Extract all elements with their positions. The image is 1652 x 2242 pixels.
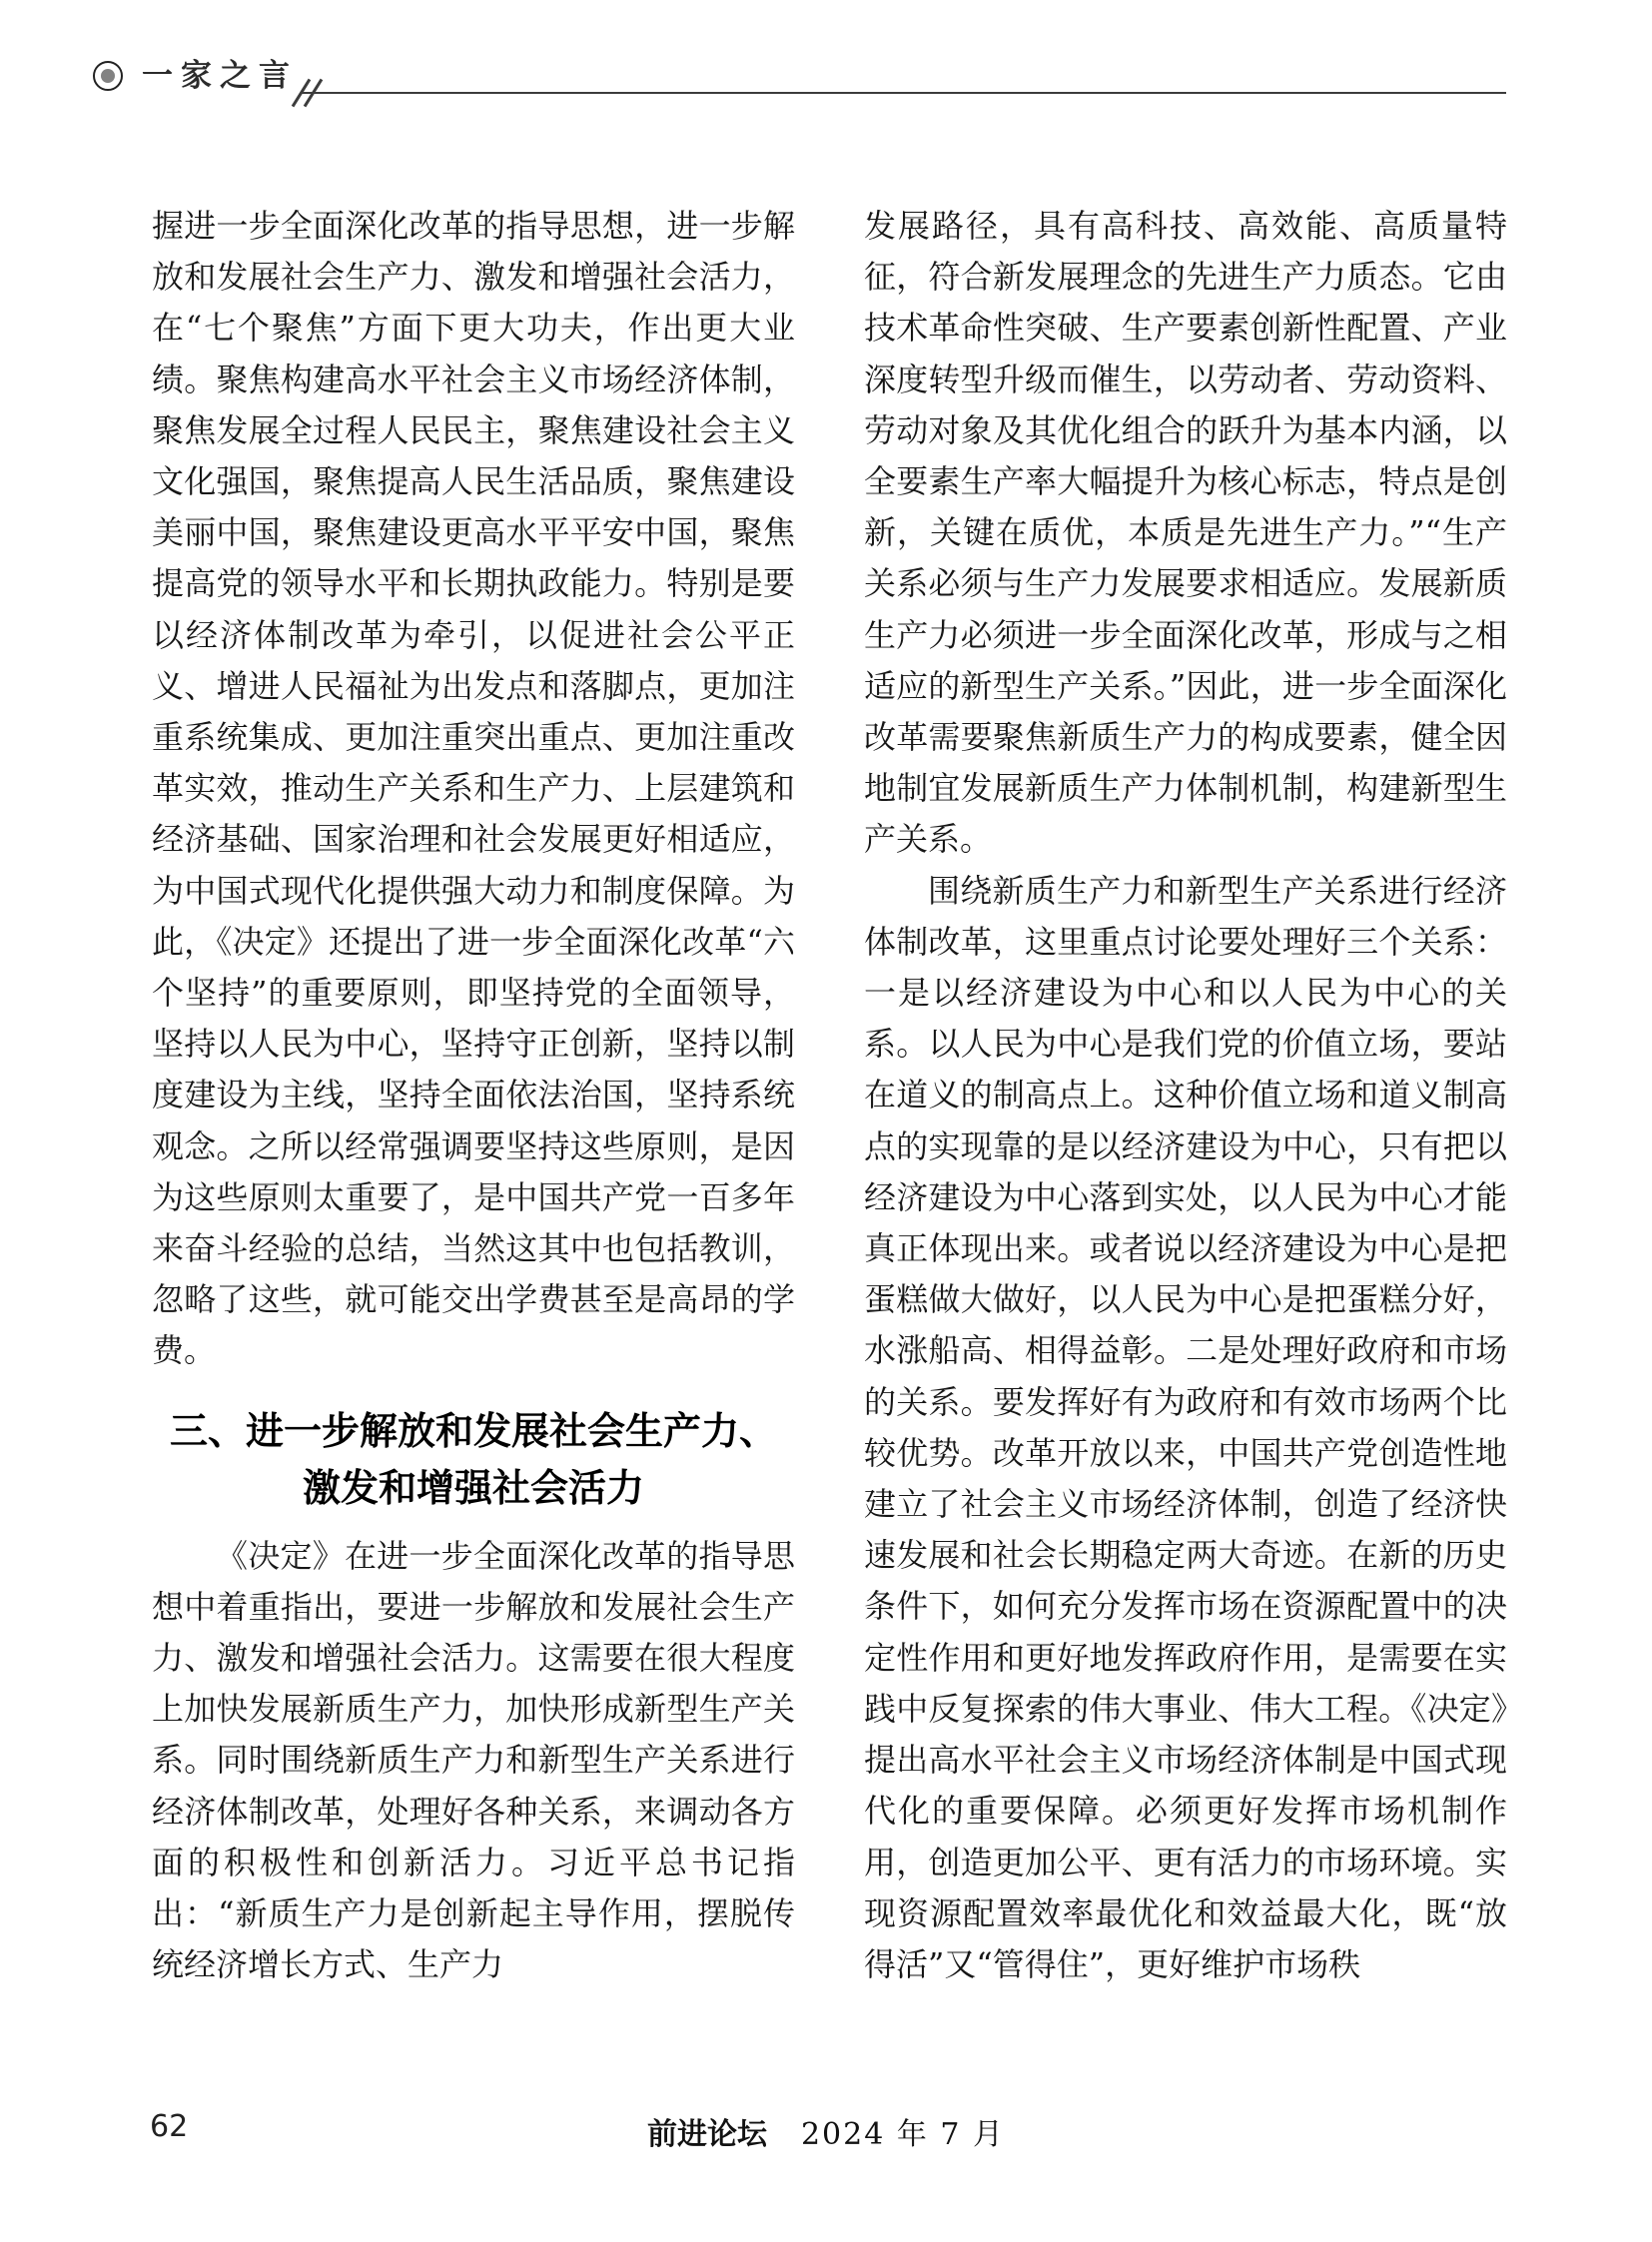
section-heading: 三、进一步解放和发展社会生产力、 激发和增强社会活力 bbox=[152, 1403, 795, 1517]
bullseye-dot bbox=[101, 69, 115, 83]
page-footer: 62 前进论坛2024 年 7 月 bbox=[0, 2105, 1652, 2165]
right-paragraph-1: 发展路径，具有高科技、高效能、高质量特征，符合新发展理念的先进生产力质态。它由技… bbox=[864, 201, 1507, 866]
right-paragraph-2: 围绕新质生产力和新型生产关系进行经济体制改革，这里重点讨论要处理好三个关系：一是… bbox=[864, 866, 1507, 1990]
page-header: 一家之言 bbox=[0, 0, 1652, 130]
issue-date: 2024 年 7 月 bbox=[801, 2117, 1005, 2152]
left-paragraph-1: 握进一步全面深化改革的指导思想，进一步解放和发展社会生产力、激发和增强社会活力，… bbox=[152, 201, 795, 1377]
right-column: 发展路径，具有高科技、高效能、高质量特征，符合新发展理念的先进生产力质态。它由技… bbox=[864, 201, 1507, 1990]
left-column: 握进一步全面深化改革的指导思想，进一步解放和发展社会生产力、激发和增强社会活力，… bbox=[152, 201, 795, 1991]
left-paragraph-2: 《决定》在进一步全面深化改革的指导思想中着重指出，要进一步解放和发展社会生产力、… bbox=[152, 1531, 795, 1991]
section-heading-line-2: 激发和增强社会活力 bbox=[152, 1460, 795, 1517]
footer-center: 前进论坛2024 年 7 月 bbox=[0, 2109, 1652, 2153]
journal-page: 一家之言 握进一步全面深化改革的指导思想，进一步解放和发展社会生产力、激发和增强… bbox=[0, 0, 1652, 2242]
section-label: 一家之言 bbox=[142, 57, 298, 95]
journal-title: 前进论坛 bbox=[647, 2117, 767, 2152]
section-heading-line-1: 三、进一步解放和发展社会生产力、 bbox=[152, 1403, 795, 1460]
header-rule bbox=[302, 92, 1506, 94]
bullseye-icon bbox=[93, 61, 123, 91]
